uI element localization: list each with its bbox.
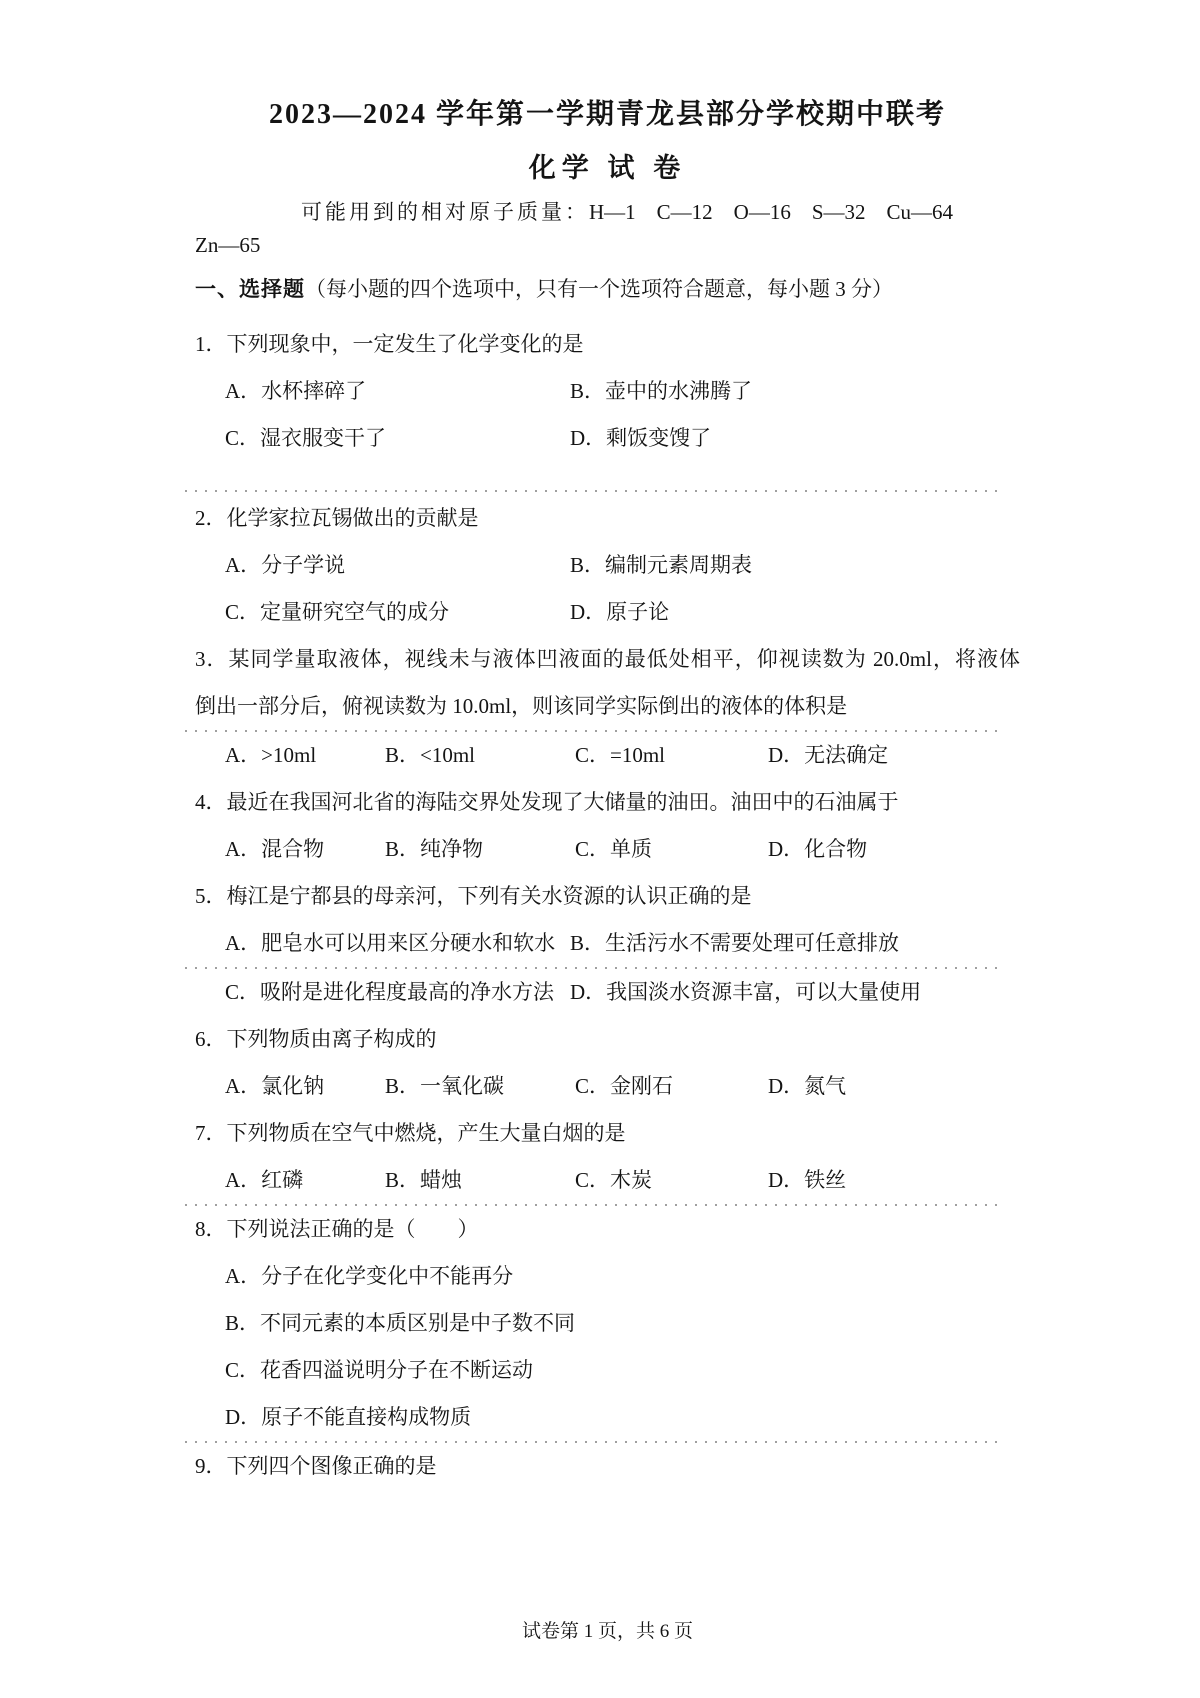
question-7-text: 7．下列物质在空气中燃烧，产生大量白烟的是 xyxy=(195,1110,1020,1157)
option-a: A．红磷 xyxy=(225,1157,385,1204)
paper-title: 2023—2024 学年第一学期青龙县部分学校期中联考 xyxy=(195,92,1020,138)
option-c: C．花香四溢说明分子在不断运动 xyxy=(225,1347,533,1394)
question-7-options-row: A．红磷B．蜡烛C．木炭D．铁丝 xyxy=(195,1157,1020,1204)
question-8-option-c: C．花香四溢说明分子在不断运动 xyxy=(195,1347,1020,1394)
option-d: D．原子不能直接构成物质 xyxy=(225,1394,471,1441)
option-a: A．氯化钠 xyxy=(225,1063,385,1110)
option-c: C．木炭 xyxy=(575,1157,768,1204)
option-b: B．<10ml xyxy=(385,732,575,779)
option-a: A．混合物 xyxy=(225,826,385,873)
question-number: 4． xyxy=(195,790,227,814)
page-footer: 试卷第 1 页，共 6 页 xyxy=(195,1608,1020,1655)
option-a: A．分子学说 xyxy=(225,542,570,589)
question-1-options-row-2: C．湿衣服变干了D．剩饭变馊了 xyxy=(195,415,1020,462)
paper-subtitle: 化学 试 卷 xyxy=(195,146,1020,190)
question-8-option-a: A．分子在化学变化中不能再分 xyxy=(195,1253,1020,1300)
dotted-separator xyxy=(185,490,1003,492)
question-number: 6． xyxy=(195,1027,227,1051)
question-text: 梅江是宁都县的母亲河，下列有关水资源的认识正确的是 xyxy=(227,884,752,908)
question-2-options-row-2: C．定量研究空气的成分D．原子论 xyxy=(195,589,1020,636)
atomic-mass-continued: Zn—65 xyxy=(195,229,1020,262)
question-5-options-row-2: C．吸附是进化程度最高的净水方法D．我国淡水资源丰富，可以大量使用 xyxy=(195,969,1020,1016)
option-b: B．蜡烛 xyxy=(385,1157,575,1204)
question-text: 下列四个图像正确的是 xyxy=(227,1454,437,1478)
option-d: D．剩饭变馊了 xyxy=(570,415,711,462)
question-3-options-row: A．>10mlB．<10mlC．=10mlD．无法确定 xyxy=(195,732,1020,779)
option-d: D．铁丝 xyxy=(768,1157,846,1204)
option-d: D．化合物 xyxy=(768,826,867,873)
question-number: 3． xyxy=(195,647,229,671)
option-d: D．氮气 xyxy=(768,1063,846,1110)
section-heading-rest: （每小题的四个选项中，只有一个选项符合题意，每小题 3 分） xyxy=(305,277,893,301)
question-1-text: 1．下列现象中，一定发生了化学变化的是 xyxy=(195,321,1020,368)
question-1-options-row-1: A．水杯摔碎了B．壶中的水沸腾了 xyxy=(195,368,1020,415)
question-text: 某同学量取液体，视线未与液体凹液面的最低处相平，仰视读数为 20.0ml，将液体 xyxy=(229,647,1020,671)
question-8-text: 8．下列说法正确的是（ ） xyxy=(195,1206,1020,1253)
option-c: C．单质 xyxy=(575,826,768,873)
section-heading: 一、选择题（每小题的四个选项中，只有一个选项符合题意，每小题 3 分） xyxy=(195,266,1020,313)
question-5-options-row-1: A．肥皂水可以用来区分硬水和软水B．生活污水不需要处理可任意排放 xyxy=(195,920,1020,967)
section-heading-bold: 一、选择题 xyxy=(195,278,305,301)
question-text: 下列物质在空气中燃烧，产生大量白烟的是 xyxy=(227,1121,626,1145)
option-d: D．我国淡水资源丰富，可以大量使用 xyxy=(570,969,921,1016)
question-2-options-row-1: A．分子学说B．编制元素周期表 xyxy=(195,542,1020,589)
option-c: C．吸附是进化程度最高的净水方法 xyxy=(225,969,570,1016)
atomic-mass-values: H—1 C—12 O—16 S—32 Cu—64 xyxy=(589,200,953,224)
option-b: B．不同元素的本质区别是中子数不同 xyxy=(225,1300,575,1347)
question-5-text: 5．梅江是宁都县的母亲河，下列有关水资源的认识正确的是 xyxy=(195,873,1020,920)
option-b: B．编制元素周期表 xyxy=(570,542,752,589)
option-c: C．定量研究空气的成分 xyxy=(225,589,570,636)
option-d: D．无法确定 xyxy=(768,732,888,779)
question-6-text: 6．下列物质由离子构成的 xyxy=(195,1016,1020,1063)
option-b: B．壶中的水沸腾了 xyxy=(570,368,752,415)
question-8-option-d: D．原子不能直接构成物质 xyxy=(195,1394,1020,1441)
question-number: 7． xyxy=(195,1121,227,1145)
option-a: A．肥皂水可以用来区分硬水和软水 xyxy=(225,920,570,967)
question-3-text-line-2: 倒出一部分后，俯视读数为 10.0ml，则该同学实际倒出的液体的体积是 xyxy=(195,683,1020,730)
option-c: C．金刚石 xyxy=(575,1063,768,1110)
option-c: C．湿衣服变干了 xyxy=(225,415,570,462)
question-9-text: 9．下列四个图像正确的是 xyxy=(195,1443,1020,1490)
question-number: 9． xyxy=(195,1454,227,1478)
option-a: A．>10ml xyxy=(225,732,385,779)
question-text: 下列现象中，一定发生了化学变化的是 xyxy=(227,332,584,356)
question-3-text-line-1: 3．某同学量取液体，视线未与液体凹液面的最低处相平，仰视读数为 20.0ml，将… xyxy=(195,636,1020,683)
option-b: B．生活污水不需要处理可任意排放 xyxy=(570,920,899,967)
question-number: 1． xyxy=(195,332,227,356)
question-number: 5． xyxy=(195,884,227,908)
atomic-mass-line: 可能用到的相对原子质量：H—1 C—12 O—16 S—32 Cu—64 xyxy=(195,196,1020,229)
question-text: 下列物质由离子构成的 xyxy=(227,1027,437,1051)
question-number: 8． xyxy=(195,1217,227,1241)
option-a: A．水杯摔碎了 xyxy=(225,368,570,415)
question-text: 化学家拉瓦锡做出的贡献是 xyxy=(227,506,479,530)
option-b: B．纯净物 xyxy=(385,826,575,873)
option-a: A．分子在化学变化中不能再分 xyxy=(225,1253,513,1300)
option-d: D．原子论 xyxy=(570,589,669,636)
option-b: B．一氧化碳 xyxy=(385,1063,575,1110)
question-4-options-row: A．混合物B．纯净物C．单质D．化合物 xyxy=(195,826,1020,873)
atomic-mass-label: 可能用到的相对原子质量： xyxy=(301,200,589,224)
question-2-text: 2．化学家拉瓦锡做出的贡献是 xyxy=(195,495,1020,542)
question-number: 2． xyxy=(195,506,227,530)
question-text: 最近在我国河北省的海陆交界处发现了大储量的油田。油田中的石油属于 xyxy=(227,790,899,814)
question-text: 下列说法正确的是（ ） xyxy=(227,1217,479,1241)
option-c: C．=10ml xyxy=(575,732,768,779)
question-4-text: 4．最近在我国河北省的海陆交界处发现了大储量的油田。油田中的石油属于 xyxy=(195,779,1020,826)
question-8-option-b: B．不同元素的本质区别是中子数不同 xyxy=(195,1300,1020,1347)
exam-paper-page: 2023—2024 学年第一学期青龙县部分学校期中联考 化学 试 卷 可能用到的… xyxy=(0,0,1200,1698)
question-6-options-row: A．氯化钠B．一氧化碳C．金刚石D．氮气 xyxy=(195,1063,1020,1110)
